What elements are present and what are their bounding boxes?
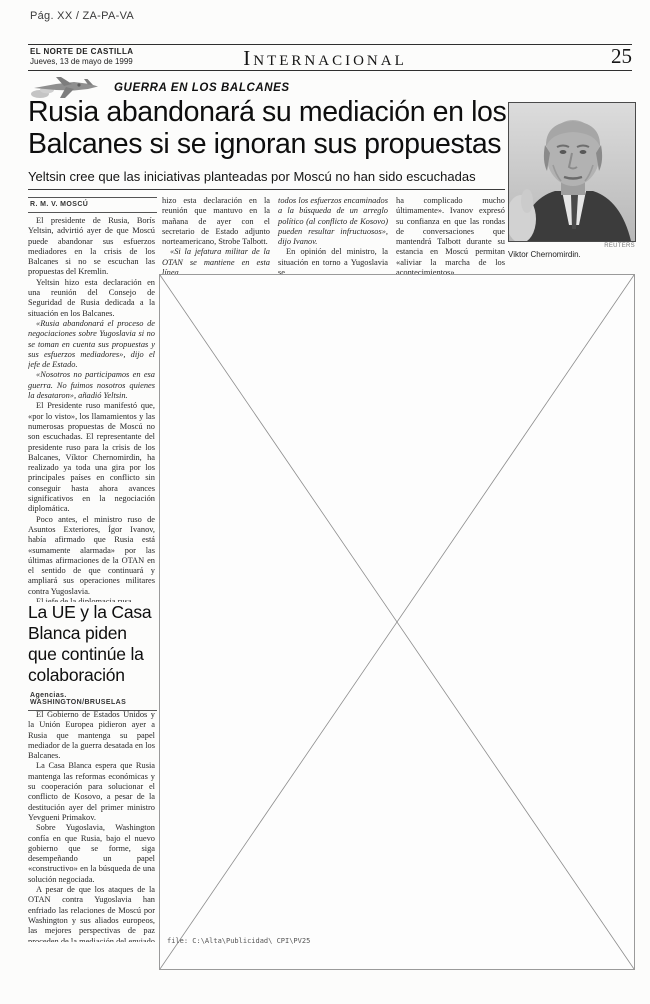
photo-caption: Viktor Chernomirdin. — [508, 250, 638, 259]
paragraph: El Presidente ruso manifestó que, «por l… — [28, 401, 155, 514]
paragraph: Sobre Yugoslavia, Washington confía en q… — [28, 823, 155, 885]
section-title: Internacional — [0, 46, 650, 71]
paragraph: hizo esta declaración en la reunión que … — [162, 196, 270, 247]
page-slug: Pág. XX / ZA-PA-VA — [30, 10, 134, 22]
portrait-graphic — [509, 103, 635, 241]
lead-body-column-3: todos los esfuerzos encaminados a la bús… — [278, 196, 388, 278]
lead-byline: R. M. V. MOSCÚ — [28, 197, 157, 213]
page-number: 25 — [611, 44, 632, 69]
lead-body-column-1: El presidente de Rusia, Borís Yeltsin, a… — [28, 216, 155, 602]
lead-headline-line1: Rusia abandonará su mediación en los — [28, 96, 510, 128]
placeholder-x-marks — [160, 275, 634, 969]
ad-placeholder-box: file: C:\Alta\Publicidad\ CPI\PV25 — [159, 274, 635, 970]
lead-subhead: Yeltsin cree que las iniciativas plantea… — [28, 169, 510, 184]
placeholder-file-label: file: C:\Alta\Publicidad\ CPI\PV25 — [167, 937, 310, 945]
paragraph-quote: «Rusia abandonará el proceso de negociac… — [28, 319, 155, 370]
second-body-column: El Gobierno de Estados Unidos y la Unión… — [28, 710, 155, 942]
paragraph: Poco antes, el ministro ruso de Asuntos … — [28, 515, 155, 597]
paragraph-quote: «Nosotros no participamos en esa guerra.… — [28, 370, 155, 401]
photo-credit: REUTERS — [508, 243, 635, 249]
lead-headline: Rusia abandonará su mediación en los Bal… — [28, 96, 510, 160]
kicker-label: GUERRA EN LOS BALCANES — [114, 82, 290, 94]
paragraph: ha complicado mucho últimamente». Ivanov… — [396, 196, 505, 278]
chernomirdin-photo — [508, 102, 636, 242]
paragraph: El presidente de Rusia, Borís Yeltsin, a… — [28, 216, 155, 278]
second-headline: La UE y la Casa Blanca piden que continú… — [28, 602, 160, 686]
lead-body-column-2: hizo esta declaración en la reunión que … — [162, 196, 270, 278]
newspaper-page: Pág. XX / ZA-PA-VA EL NORTE DE CASTILLA … — [0, 0, 650, 1004]
header-rule-bottom — [28, 70, 632, 71]
second-byline: Agencias. WASHINGTON/BRUSELAS — [28, 689, 157, 711]
lead-headline-line2: Balcanes si se ignoran sus propuestas — [28, 128, 510, 160]
lead-body-column-4: ha complicado mucho últimamente». Ivanov… — [396, 196, 505, 278]
paragraph-quote: todos los esfuerzos encaminados a la bús… — [278, 196, 388, 247]
paragraph: A pesar de que los ataques de la OTAN co… — [28, 885, 155, 942]
paragraph: La Casa Blanca espera que Rusia mantenga… — [28, 761, 155, 823]
subhead-rule — [28, 189, 505, 190]
paragraph: El Gobierno de Estados Unidos y la Unión… — [28, 710, 155, 761]
header-rule-top — [28, 44, 632, 45]
paragraph: Yeltsin hizo esta declaración en una reu… — [28, 278, 155, 319]
